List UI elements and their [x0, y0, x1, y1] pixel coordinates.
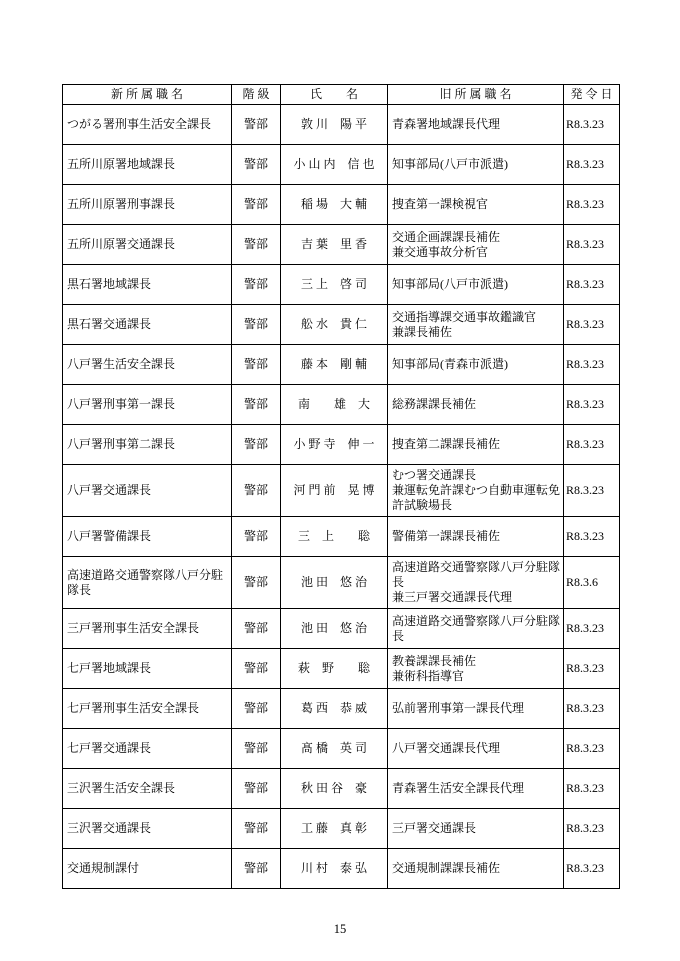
cell-rank: 警部	[232, 385, 281, 425]
cell-new-position: 三戸署刑事生活安全課長	[63, 609, 232, 649]
cell-old-position: 捜査第一課検視官	[388, 185, 564, 225]
cell-rank: 警部	[232, 557, 281, 609]
cell-name: 河 門 前 晃 博	[281, 465, 388, 517]
cell-new-position: 七戸署刑事生活安全課長	[63, 689, 232, 729]
cell-rank: 警部	[232, 345, 281, 385]
cell-date: R8.3.23	[564, 105, 620, 145]
cell-old-position: 警備第一課課長補佐	[388, 517, 564, 557]
cell-date: R8.3.23	[564, 465, 620, 517]
cell-date: R8.3.23	[564, 809, 620, 849]
cell-name: 川 村 泰 弘	[281, 849, 388, 889]
cell-new-position: 黒石署地域課長	[63, 265, 232, 305]
cell-rank: 警部	[232, 769, 281, 809]
table-row: 八戸署警備課長 警部 三 上 聡 警備第一課課長補佐 R8.3.23	[63, 517, 620, 557]
cell-date: R8.3.23	[564, 345, 620, 385]
cell-old-position: 高速道路交通警察隊八戸分駐隊長	[388, 609, 564, 649]
cell-new-position: 八戸署生活安全課長	[63, 345, 232, 385]
table-row: 三戸署刑事生活安全課長 警部 池 田 悠 治 高速道路交通警察隊八戸分駐隊長 R…	[63, 609, 620, 649]
cell-rank: 警部	[232, 425, 281, 465]
cell-old-position: 総務課課長補佐	[388, 385, 564, 425]
cell-date: R8.3.23	[564, 145, 620, 185]
cell-rank: 警部	[232, 105, 281, 145]
cell-name: 小 野 寺 伸 一	[281, 425, 388, 465]
header-rank: 階 級	[232, 85, 281, 105]
table-row: 三沢署交通課長 警部 工 藤 真 彰 三戸署交通課長 R8.3.23	[63, 809, 620, 849]
cell-old-position: 教養課課長補佐 兼術科指導官	[388, 649, 564, 689]
table-row: 七戸署交通課長 警部 髙 橋 英 司 八戸署交通課長代理 R8.3.23	[63, 729, 620, 769]
cell-date: R8.3.23	[564, 769, 620, 809]
cell-rank: 警部	[232, 649, 281, 689]
cell-rank: 警部	[232, 689, 281, 729]
cell-new-position: 高速道路交通警察隊八戸分駐隊長	[63, 557, 232, 609]
cell-date: R8.3.23	[564, 729, 620, 769]
cell-new-position: 八戸署刑事第一課長	[63, 385, 232, 425]
cell-new-position: 七戸署地域課長	[63, 649, 232, 689]
table-row: 五所川原署地域課長 警部 小 山 内 信 也 知事部局(八戸市派遣) R8.3.…	[63, 145, 620, 185]
header-row: 新 所 属 職 名 階 級 氏 名 旧 所 属 職 名 発 令 日	[63, 85, 620, 105]
document-page: 新 所 属 職 名 階 級 氏 名 旧 所 属 職 名 発 令 日 つがる署刑事…	[0, 0, 680, 961]
cell-name: 池 田 悠 治	[281, 609, 388, 649]
cell-new-position: 七戸署交通課長	[63, 729, 232, 769]
table-row: 五所川原署刑事課長 警部 稲 場 大 輔 捜査第一課検視官 R8.3.23	[63, 185, 620, 225]
cell-name: 葛 西 恭 威	[281, 689, 388, 729]
cell-date: R8.3.23	[564, 425, 620, 465]
table-row: 三沢署生活安全課長 警部 秋 田 谷 豪 青森署生活安全課長代理 R8.3.23	[63, 769, 620, 809]
header-name: 氏 名	[281, 85, 388, 105]
cell-date: R8.3.23	[564, 225, 620, 265]
header-old-position: 旧 所 属 職 名	[388, 85, 564, 105]
cell-name: 南 雄 大	[281, 385, 388, 425]
cell-old-position: 弘前署刑事第一課長代理	[388, 689, 564, 729]
header-date: 発 令 日	[564, 85, 620, 105]
cell-new-position: 三沢署交通課長	[63, 809, 232, 849]
cell-name: 池 田 悠 治	[281, 557, 388, 609]
cell-old-position: むつ署交通課長 兼運転免許課むつ自動車運転免許試験場長	[388, 465, 564, 517]
table-row: 七戸署地域課長 警部 萩 野 聡 教養課課長補佐 兼術科指導官 R8.3.23	[63, 649, 620, 689]
table-row: 交通規制課付 警部 川 村 泰 弘 交通規制課課長補佐 R8.3.23	[63, 849, 620, 889]
cell-rank: 警部	[232, 265, 281, 305]
cell-name: 萩 野 聡	[281, 649, 388, 689]
cell-rank: 警部	[232, 465, 281, 517]
cell-name: 藤 本 剛 輔	[281, 345, 388, 385]
personnel-transfer-table: 新 所 属 職 名 階 級 氏 名 旧 所 属 職 名 発 令 日 つがる署刑事…	[62, 84, 620, 889]
cell-old-position: 交通企画課課長補佐 兼交通事故分析官	[388, 225, 564, 265]
cell-old-position: 捜査第二課課長補佐	[388, 425, 564, 465]
table-row: 七戸署刑事生活安全課長 警部 葛 西 恭 威 弘前署刑事第一課長代理 R8.3.…	[63, 689, 620, 729]
cell-new-position: 交通規制課付	[63, 849, 232, 889]
cell-name: 稲 場 大 輔	[281, 185, 388, 225]
cell-name: 秋 田 谷 豪	[281, 769, 388, 809]
table-row: 八戸署刑事第一課長 警部 南 雄 大 総務課課長補佐 R8.3.23	[63, 385, 620, 425]
page-number: 15	[0, 922, 680, 937]
table-row: 高速道路交通警察隊八戸分駐隊長 警部 池 田 悠 治 高速道路交通警察隊八戸分駐…	[63, 557, 620, 609]
cell-date: R8.3.23	[564, 265, 620, 305]
cell-new-position: 八戸署警備課長	[63, 517, 232, 557]
cell-old-position: 交通指導課交通事故鑑識官 兼課長補佐	[388, 305, 564, 345]
cell-rank: 警部	[232, 305, 281, 345]
table-row: 八戸署生活安全課長 警部 藤 本 剛 輔 知事部局(青森市派遣) R8.3.23	[63, 345, 620, 385]
cell-name: 髙 橋 英 司	[281, 729, 388, 769]
cell-date: R8.3.23	[564, 185, 620, 225]
cell-new-position: 黒石署交通課長	[63, 305, 232, 345]
cell-name: 敦 川 陽 平	[281, 105, 388, 145]
cell-new-position: 八戸署刑事第二課長	[63, 425, 232, 465]
cell-date: R8.3.23	[564, 305, 620, 345]
cell-old-position: 八戸署交通課長代理	[388, 729, 564, 769]
table-row: つがる署刑事生活安全課長 警部 敦 川 陽 平 青森署地域課長代理 R8.3.2…	[63, 105, 620, 145]
cell-new-position: 五所川原署交通課長	[63, 225, 232, 265]
cell-rank: 警部	[232, 225, 281, 265]
cell-date: R8.3.23	[564, 385, 620, 425]
cell-name: 吉 葉 里 香	[281, 225, 388, 265]
cell-rank: 警部	[232, 809, 281, 849]
cell-date: R8.3.6	[564, 557, 620, 609]
table-row: 八戸署交通課長 警部 河 門 前 晃 博 むつ署交通課長 兼運転免許課むつ自動車…	[63, 465, 620, 517]
cell-rank: 警部	[232, 849, 281, 889]
cell-new-position: 三沢署生活安全課長	[63, 769, 232, 809]
cell-date: R8.3.23	[564, 849, 620, 889]
cell-new-position: 五所川原署刑事課長	[63, 185, 232, 225]
cell-date: R8.3.23	[564, 689, 620, 729]
cell-old-position: 三戸署交通課長	[388, 809, 564, 849]
cell-date: R8.3.23	[564, 517, 620, 557]
cell-name: 小 山 内 信 也	[281, 145, 388, 185]
header-new-position: 新 所 属 職 名	[63, 85, 232, 105]
cell-new-position: 五所川原署地域課長	[63, 145, 232, 185]
cell-name: 舩 水 貴 仁	[281, 305, 388, 345]
table-row: 黒石署交通課長 警部 舩 水 貴 仁 交通指導課交通事故鑑識官 兼課長補佐 R8…	[63, 305, 620, 345]
cell-rank: 警部	[232, 517, 281, 557]
cell-rank: 警部	[232, 729, 281, 769]
cell-name: 工 藤 真 彰	[281, 809, 388, 849]
table-row: 八戸署刑事第二課長 警部 小 野 寺 伸 一 捜査第二課課長補佐 R8.3.23	[63, 425, 620, 465]
cell-new-position: つがる署刑事生活安全課長	[63, 105, 232, 145]
cell-date: R8.3.23	[564, 649, 620, 689]
table-row: 黒石署地域課長 警部 三 上 啓 司 知事部局(八戸市派遣) R8.3.23	[63, 265, 620, 305]
cell-name: 三 上 聡	[281, 517, 388, 557]
cell-old-position: 高速道路交通警察隊八戸分駐隊長 兼三戸署交通課長代理	[388, 557, 564, 609]
cell-old-position: 知事部局(八戸市派遣)	[388, 145, 564, 185]
cell-rank: 警部	[232, 145, 281, 185]
cell-old-position: 交通規制課課長補佐	[388, 849, 564, 889]
cell-old-position: 知事部局(八戸市派遣)	[388, 265, 564, 305]
cell-old-position: 青森署地域課長代理	[388, 105, 564, 145]
table-row: 五所川原署交通課長 警部 吉 葉 里 香 交通企画課課長補佐 兼交通事故分析官 …	[63, 225, 620, 265]
cell-name: 三 上 啓 司	[281, 265, 388, 305]
cell-rank: 警部	[232, 185, 281, 225]
cell-old-position: 知事部局(青森市派遣)	[388, 345, 564, 385]
cell-old-position: 青森署生活安全課長代理	[388, 769, 564, 809]
cell-date: R8.3.23	[564, 609, 620, 649]
cell-new-position: 八戸署交通課長	[63, 465, 232, 517]
cell-rank: 警部	[232, 609, 281, 649]
